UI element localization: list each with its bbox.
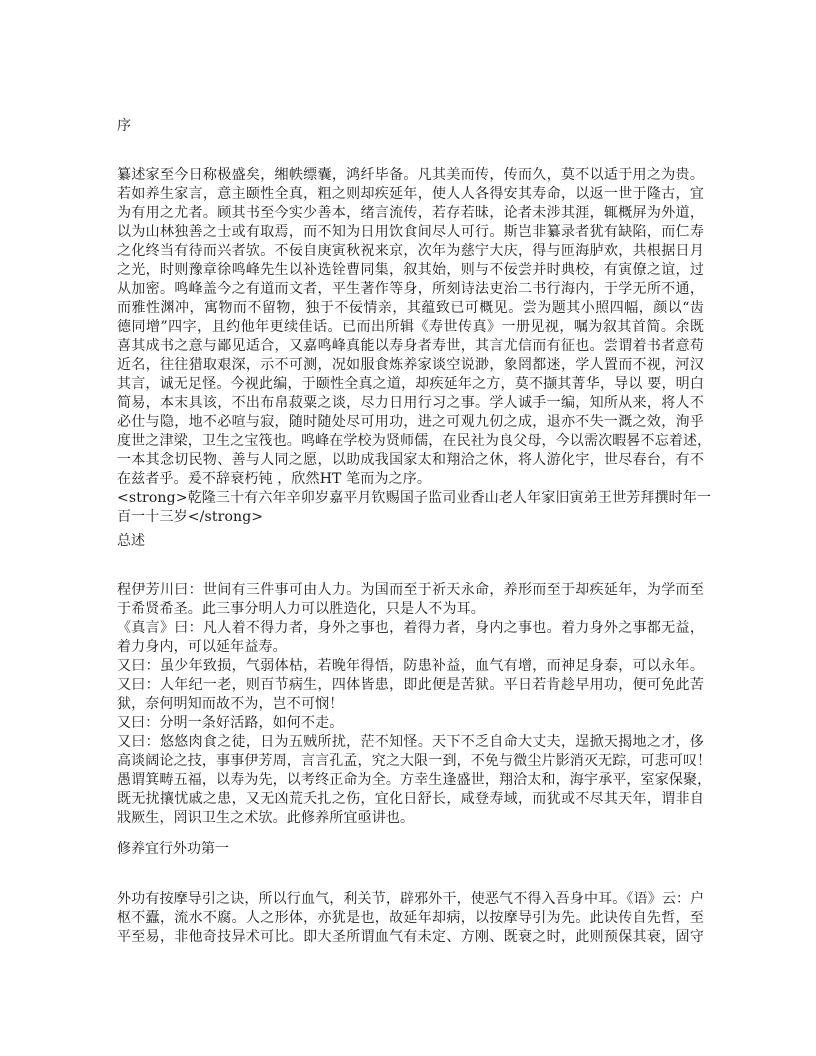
text-line: 德同增”四字，且约他年更续佳话。已而出所辑《寿世传真》一册见视，嘱为叙其首简。余…	[117, 318, 704, 337]
signature-line: <strong>乾隆三十有六年辛卯岁嘉平月钦赐国子监司业香山老人年家旧寅弟王世芳…	[117, 489, 704, 508]
text-line: 又曰：悠悠肉食之徒，日为五贼所扰，茫不知怪。天下不乏自命大丈夫，逞掀天揭地之才，…	[117, 733, 704, 752]
text-line: 既无扰攘忧戚之患，又无凶荒夭扎之伤，宜化日舒长，咸登寿域，而犹或不尽其天年，谓非…	[117, 790, 704, 809]
section-heading-overview: 总述	[117, 532, 145, 551]
text-line: 为有用之尤者。顾其书至今实少善本，绪言流传，若存若昧，论者未涉其涯，辄概屏为外道…	[117, 204, 704, 223]
text-line: 度世之津梁，卫生之宝筏也。鸣峰在学校为贤师儒，在民社为良父母，今以需次暇晷不忘着…	[117, 432, 704, 451]
text-line: 其言，诚无足怪。今视此编，于颐性全真之道，却疾延年之方，莫不撷其菁华，导以 要，…	[117, 375, 704, 394]
external-exercises-body: 外功有按摩导引之诀，所以行血气，利关节，辟邪外干，使恶气不得入吾身中耳。《语》云…	[117, 890, 704, 947]
signature-line: 百一十三岁</strong>	[117, 508, 704, 527]
text-line: 着力身内，可以延年益寿。	[117, 638, 704, 657]
text-line: 若如养生家言，意主颐性全真，粗之则却疾延年，使人人各得安其寿命，以返一世于隆古，…	[117, 185, 704, 204]
text-line: 喜其成书之意与鄙见适合，又嘉鸣峰真能以寿身者寿世，其言尤信而有征也。尝谓着书者意…	[117, 337, 704, 356]
text-line: 程伊芳川曰：世间有三件事可由人力。为国而至于祈天永命，养形而至于却疾延年，为学而…	[117, 581, 704, 600]
text-line: 枢不蠹，流水不腐。人之形体，亦犹是也，故延年却病，以按摩导引为先。此诀传自先哲，…	[117, 909, 704, 928]
text-line: 又曰：人年纪一老，则百节病生，四体皆患，即此便是苦狱。平日若肯趁早用功，便可免此…	[117, 676, 704, 695]
text-line: 在兹者乎。爰不辞衰朽钝 ，欣然HT 笔而为之序。	[117, 470, 704, 489]
text-line: 从加密。鸣峰盖今之有道而文者，平生著作等身，所刻诗法吏治二书行海内，于学无所不通…	[117, 280, 704, 299]
preface-body: 纂述家至今日称极盛矣，缃帙缥囊，鸿纤毕备。凡其美而传，传而久，莫不以适于用之为贵…	[117, 166, 704, 527]
text-line: 外功有按摩导引之诀，所以行血气，利关节，辟邪外干，使恶气不得入吾身中耳。《语》云…	[117, 890, 704, 909]
text-line: 必仕与隐，地不必喧与寂，随时随处尽可用功，进之可观九仞之成，退亦不失一溉之效，洵…	[117, 413, 704, 432]
text-line: 一本其念切民物、善与人同之愿，以助成我国家太和翔洽之休，将人游化宇，世尽春台，有…	[117, 451, 704, 470]
text-line: 平至易，非他奇技异术可比。即大圣所谓血气有未定、方刚、既衰之时，此则预保其衰，固…	[117, 928, 704, 947]
text-line: 又曰：虽少年致损，气弱体枯，若晚年得悟，防患补益，血气有增，而神足身泰，可以永年…	[117, 657, 704, 676]
overview-body: 程伊芳川曰：世间有三件事可由人力。为国而至于祈天永命，养形而至于却疾延年，为学而…	[117, 581, 704, 828]
text-line: 之光，时则豫章徐鸣峰先生以补选铨曹同集，叙其始，则与不佞尝并时典校，有寅僚之谊，…	[117, 261, 704, 280]
text-line: 戕厥生，罔识卫生之术欤。此修养所宜亟讲也。	[117, 809, 704, 828]
section-heading-preface: 序	[117, 117, 131, 136]
text-line: 高谈阔论之技，事事伊芳周，言言孔孟，究之大限一到，不免与微尘片影消灭无踪，可悲可…	[117, 752, 704, 771]
text-line: 近名，往往猎取艰深，示不可测，况如服食炼养家谈空说渺，象罔都迷，学人置而不视，河…	[117, 356, 704, 375]
text-line: 之化终当有待而兴者欤。不佞自庚寅秋祝来京，次年为慈宁大庆，得与匝海胪欢，共根据日…	[117, 242, 704, 261]
text-line: 狱，奈何明知而故不为，岂不可悯！	[117, 695, 704, 714]
text-line: 而雅性渊冲，寓物而不留物，独于不佞情亲，其蕴致已可概见。尝为题其小照四幅，颜以“…	[117, 299, 704, 318]
text-line: 《真言》曰：凡人着不得力者，身外之事也，着得力者，身内之事也。着力身外之事都无益…	[117, 619, 704, 638]
section-heading-external-exercises: 修养宜行外功第一	[117, 840, 229, 859]
text-line: 以为山林独善之士或有取焉，而不知为日用饮食间尽人可行。斯岂非纂录者犹有缺陷，而仁…	[117, 223, 704, 242]
text-line: 又曰：分明一条好活路，如何不走。	[117, 714, 704, 733]
text-line: 纂述家至今日称极盛矣，缃帙缥囊，鸿纤毕备。凡其美而传，传而久，莫不以适于用之为贵…	[117, 166, 704, 185]
text-line: 简易，本末具该，不出布帛菽粟之谈，尽力日用行习之事。学人诚手一编，知所从来，将人…	[117, 394, 704, 413]
text-line: 愚谓箕畴五福，以寿为先，以考终正命为全。方幸生逢盛世，翔洽太和，海宇承平，室家保…	[117, 771, 704, 790]
text-line: 于希贤希圣。此三事分明人力可以胜造化，只是人不为耳。	[117, 600, 704, 619]
